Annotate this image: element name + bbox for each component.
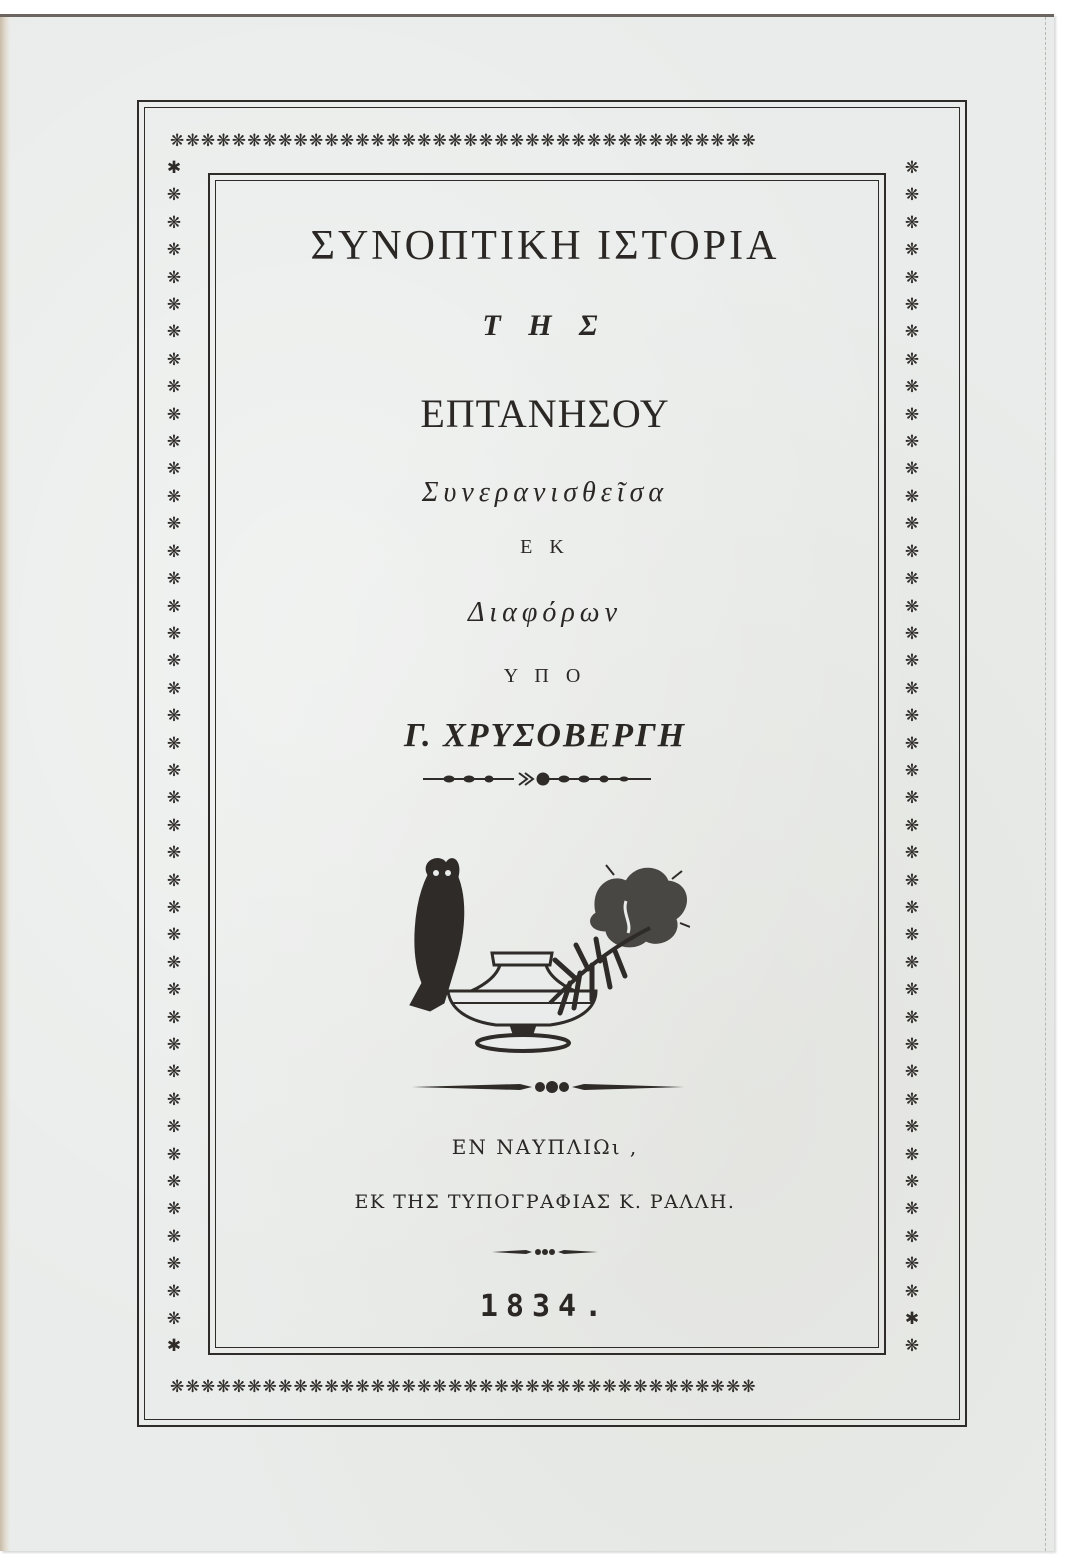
subtitle-compiled: Συνερανισθεῖσα (214, 477, 876, 509)
publication-year: 1834. (214, 1289, 876, 1324)
title-page: ❋❋❋❋❋❋❋❋❋❋❋❋❋❋❋❋❋❋❋❋❋❋❋❋❋❋❋❋❋❋❋❋❋❋❋❋❋❋ ❋… (0, 14, 1054, 1551)
border-ornament-right: ❋❋❋❋❋❋❋❋❋❋❋❋❋❋❋❋❋❋❋❋❋❋❋❋❋❋❋❋❋❋❋❋❋❋❋❋❋❋❋❋… (902, 155, 922, 1370)
imprint-printer: ΕΚ ΤΗΣ ΤΥΠΟΓΡΑΦΙΑΣ Κ. ΡΑΛΛΗ. (214, 1191, 876, 1213)
ornamental-rule-top (419, 769, 659, 789)
ornamental-rule-middle (410, 1079, 686, 1095)
title-main: ΣΥΝΟΠΤΙΚΗ ΙΣΤΟΡΙΑ (214, 222, 876, 270)
page-right-edge (1043, 17, 1046, 1551)
author-name: Γ. ΧΡΥΣΟΒΕΡΓΗ (214, 717, 876, 755)
title-page-text: ΣΥΝΟΠΤΙΚΗ ΙΣΤΟΡΙΑ Τ Η Σ ΕΠΤΑΝΗΣΟΥ Συνερα… (214, 17, 876, 1551)
imprint-place: ΕΝ ΝΑΥΠΛΙΩι , (214, 1135, 876, 1159)
title-subject: ΕΠΤΑΝΗΣΟΥ (214, 390, 876, 437)
owl-lamp-vignette-icon (400, 853, 690, 1053)
subtitle-by: Υ Π Ο (214, 665, 876, 688)
subtitle-various: Διαφόρων (214, 597, 876, 629)
page-spine-edge (0, 17, 10, 1551)
ornamental-rule-bottom (490, 1246, 600, 1258)
title-article: Τ Η Σ (214, 309, 876, 343)
border-ornament-left: ✱❋❋❋❋❋❋❋❋❋❋❋❋❋❋❋❋❋❋❋❋❋❋❋❋❋❋❋❋❋❋❋❋❋❋❋❋❋❋❋… (164, 155, 184, 1370)
subtitle-from: Ε Κ (214, 536, 876, 559)
